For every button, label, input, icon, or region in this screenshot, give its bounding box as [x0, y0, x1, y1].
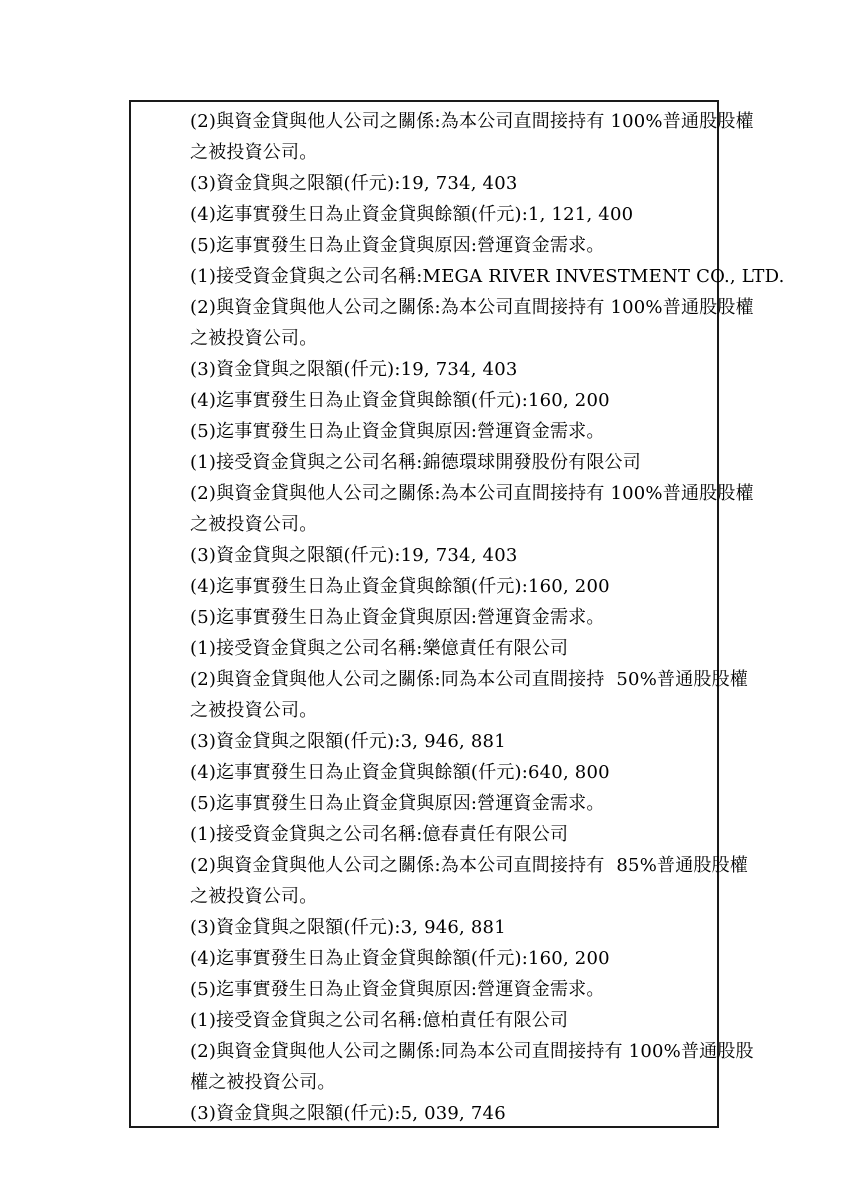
document-line: (1)接受資金貸與之公司名稱:MEGA RIVER INVESTMENT CO.…	[190, 261, 717, 292]
document-line: (4)迄事實發生日為止資金貸與餘額(仟元):160, 200	[190, 571, 717, 602]
document-line: (1)接受資金貸與之公司名稱:樂億責任有限公司	[190, 633, 717, 664]
document-line: (2)與資金貸與他人公司之關係:為本公司直間接持有 85%普通股股權	[190, 850, 717, 881]
document-line: (4)迄事實發生日為止資金貸與餘額(仟元):160, 200	[190, 385, 717, 416]
document-line: 權之被投資公司。	[190, 1067, 717, 1098]
document-line: (5)迄事實發生日為止資金貸與原因:營運資金需求。	[190, 788, 717, 819]
document-line: (3)資金貸與之限額(仟元):5, 039, 746	[190, 1098, 717, 1129]
document-line: (1)接受資金貸與之公司名稱:億柏責任有限公司	[190, 1005, 717, 1036]
document-line: (4)迄事實發生日為止資金貸與餘額(仟元):640, 800	[190, 757, 717, 788]
document-line: (3)資金貸與之限額(仟元):19, 734, 403	[190, 168, 717, 199]
document-line: (2)與資金貸與他人公司之關係:同為本公司直間接持 50%普通股股權	[190, 664, 717, 695]
document-line: (5)迄事實發生日為止資金貸與原因:營運資金需求。	[190, 602, 717, 633]
document-line: 之被投資公司。	[190, 695, 717, 726]
document-line: (4)迄事實發生日為止資金貸與餘額(仟元):1, 121, 400	[190, 199, 717, 230]
document-line: (5)迄事實發生日為止資金貸與原因:營運資金需求。	[190, 974, 717, 1005]
document-page: (2)與資金貸與他人公司之關係:為本公司直間接持有 100%普通股股權 之被投資…	[0, 0, 848, 1200]
document-line: 之被投資公司。	[190, 137, 717, 168]
document-line: (2)與資金貸與他人公司之關係:為本公司直間接持有 100%普通股股權	[190, 292, 717, 323]
document-line: (3)資金貸與之限額(仟元):19, 734, 403	[190, 354, 717, 385]
document-line: 之被投資公司。	[190, 323, 717, 354]
document-line: (5)迄事實發生日為止資金貸與原因:營運資金需求。	[190, 416, 717, 447]
document-line: 之被投資公司。	[190, 881, 717, 912]
document-line: (1)接受資金貸與之公司名稱:錦德環球開發股份有限公司	[190, 447, 717, 478]
document-line: (3)資金貸與之限額(仟元):3, 946, 881	[190, 912, 717, 943]
document-line: (2)與資金貸與他人公司之關係:同為本公司直間接持有 100%普通股股	[190, 1036, 717, 1067]
announcement-text-box: (2)與資金貸與他人公司之關係:為本公司直間接持有 100%普通股股權 之被投資…	[129, 100, 719, 1128]
document-line: (3)資金貸與之限額(仟元):3, 946, 881	[190, 726, 717, 757]
document-line: (2)與資金貸與他人公司之關係:為本公司直間接持有 100%普通股股權	[190, 106, 717, 137]
document-line: (4)迄事實發生日為止資金貸與餘額(仟元):160, 200	[190, 943, 717, 974]
document-line: 之被投資公司。	[190, 509, 717, 540]
document-line: (3)資金貸與之限額(仟元):19, 734, 403	[190, 540, 717, 571]
document-line: (1)接受資金貸與之公司名稱:億春責任有限公司	[190, 819, 717, 850]
document-line: (5)迄事實發生日為止資金貸與原因:營運資金需求。	[190, 230, 717, 261]
document-line: (2)與資金貸與他人公司之關係:為本公司直間接持有 100%普通股股權	[190, 478, 717, 509]
